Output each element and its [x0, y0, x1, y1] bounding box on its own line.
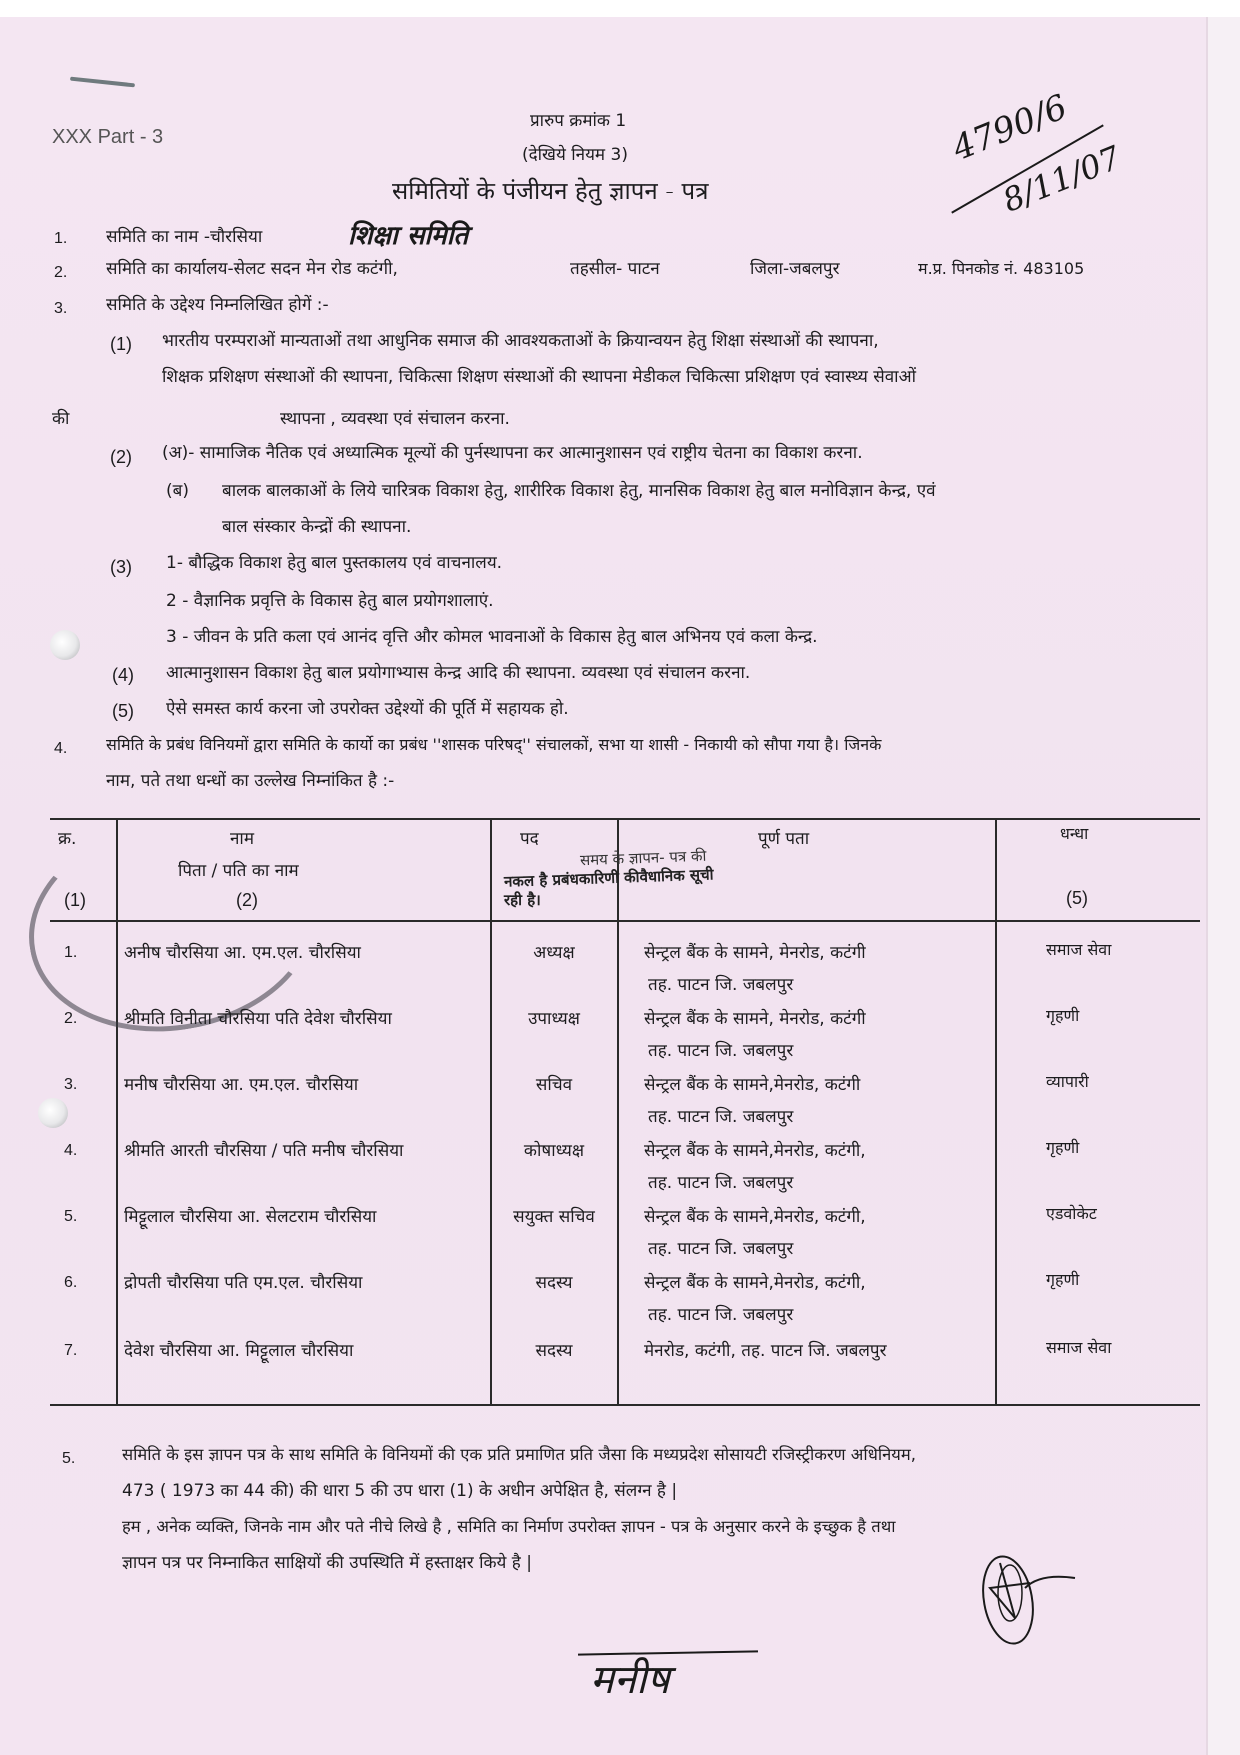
col-occupation-number: (5)	[1066, 888, 1088, 909]
col-serial-header: क्र.	[58, 826, 76, 849]
objective3-number: (3)	[110, 556, 132, 578]
objective2b-line2: बाल संस्कार केन्द्रों की स्थापना.	[222, 516, 411, 538]
society-name-handwritten: शिक्षा समिति	[348, 216, 468, 252]
table-bottom-border	[50, 1404, 1200, 1406]
row-address-line2: तह. पाटन जि. जबलपुर	[648, 1236, 793, 1259]
row-address-line2: तह. पाटन जि. जबलपुर	[648, 1104, 793, 1127]
table-col-divider-2	[490, 818, 492, 1406]
objective1-line1: भारतीय परम्पराओं मान्यताओं तथा आधुनिक सम…	[162, 330, 879, 352]
objective1-ki: की	[52, 408, 69, 430]
row-occupation: एडवोकेट	[1046, 1202, 1097, 1224]
objective1-line3: स्थापना , व्यवस्था एवं संचालन करना.	[280, 408, 510, 430]
row-occupation: समाज सेवा	[1046, 1336, 1111, 1358]
row-address-line1: मेनरोड, कटंगी, तह. पाटन जि. जबलपुर	[644, 1338, 887, 1361]
signature-left: मनीष	[590, 1650, 670, 1705]
objective5: ऐसे समस्त कार्य करना जो उपरोक्त उद्देश्य…	[166, 698, 569, 720]
objective2b-line1: बालक बालकाओं के लिये चारित्रक विकाश हेतु…	[222, 480, 936, 502]
row-address-line1: सेन्ट्रल बैंक के सामने, मेनरोड, कटंगी	[644, 940, 866, 963]
governing-body-line1: समिति के प्रबंध विनियमों द्वारा समिति के…	[106, 734, 881, 756]
item3-number: 3.	[54, 298, 67, 320]
row-address-line2: तह. पाटन जि. जबलपुर	[648, 972, 793, 995]
row-serial: 6.	[64, 1274, 77, 1292]
objective2a: (अ)- सामाजिक नैतिक एवं अध्यात्मिक मूल्यो…	[162, 442, 863, 464]
punch-hole-top	[50, 630, 80, 660]
row-name: श्रीमति विनीता चौरसिया पति देवेश चौरसिया	[124, 1006, 392, 1029]
table-col-divider-4	[995, 818, 997, 1406]
objective4: आत्मानुशासन विकाश हेतु बाल प्रयोगाभ्यास …	[166, 662, 750, 684]
item5-line1: समिति के इस ज्ञापन पत्र के साथ समिति के …	[122, 1444, 916, 1466]
row-post: सचिव	[492, 1072, 616, 1095]
tehsil: तहसील- पाटन	[570, 258, 660, 280]
row-occupation: व्यापारी	[1046, 1070, 1089, 1092]
row-post: अध्यक्ष	[492, 940, 616, 963]
row-post: सदस्य	[492, 1270, 616, 1293]
row-address-line1: सेन्ट्रल बैंक के सामने,मेनरोड, कटंगी	[644, 1072, 860, 1095]
item2-number: 2.	[54, 262, 67, 284]
col-address-header: पूर्ण पता	[758, 826, 809, 849]
objective1-number: (1)	[110, 333, 132, 355]
row-occupation: गृहणी	[1046, 1136, 1079, 1158]
form-number: प्रारुप क्रमांक 1	[530, 110, 626, 132]
row-address-line1: सेन्ट्रल बैंक के सामने,मेनरोड, कटंगी,	[644, 1138, 866, 1161]
row-post: उपाध्यक्ष	[492, 1006, 616, 1029]
district: जिला-जबलपुर	[750, 258, 840, 280]
row-post: सदस्य	[492, 1338, 616, 1361]
objective5-number: (5)	[112, 700, 134, 722]
row-address-line1: सेन्ट्रल बैंक के सामने,मेनरोड, कटंगी,	[644, 1270, 866, 1293]
row-serial: 2.	[64, 1010, 77, 1028]
stamp-overlay-line3: रही है।	[504, 890, 541, 910]
see-rule: (देखिये नियम 3)	[522, 144, 628, 166]
row-address-line2: तह. पाटन जि. जबलपुर	[648, 1038, 793, 1061]
item5-line2: 473 ( 1973 का 44 की) की धारा 5 की उप धार…	[122, 1480, 677, 1502]
objective3-item2: 2 - वैज्ञानिक प्रवृत्ति के विकास हेतु बा…	[166, 590, 494, 612]
objectives-heading: समिति के उद्देश्य निम्नलिखित होगें :-	[106, 294, 329, 316]
row-occupation: समाज सेवा	[1046, 938, 1111, 960]
row-name: अनीष चौरसिया आ. एम.एल. चौरसिया	[124, 940, 361, 963]
office-address: समिति का कार्यालय-सेलट सदन मेन रोड कटंगी…	[106, 258, 398, 280]
row-serial: 3.	[64, 1076, 77, 1094]
row-name: देवेश चौरसिया आ. मिट्टूलाल चौरसिया	[124, 1338, 353, 1361]
item4-number: 4.	[54, 738, 67, 760]
society-name-label: समिति का नाम -चौरसिया	[106, 226, 262, 248]
declaration-line1: हम , अनेक व्यक्ति, जिनके नाम और पते नीचे…	[122, 1516, 896, 1538]
item1-number: 1.	[54, 228, 67, 250]
row-serial: 1.	[64, 944, 77, 962]
page-edge	[1206, 17, 1240, 1755]
page-title: समितियों के पंजीयन हेतु ज्ञापन - पत्र	[392, 174, 708, 207]
item5-number: 5.	[62, 1448, 75, 1470]
table-col-divider-3	[617, 818, 619, 1406]
declaration-line2: ज्ञापन पत्र पर निम्नाकित साक्षियों की उप…	[122, 1552, 532, 1574]
objective1-line2: शिक्षक प्रशिक्षण संस्थाओं की स्थापना, चि…	[162, 366, 916, 388]
row-serial: 4.	[64, 1142, 77, 1160]
row-name: मनीष चौरसिया आ. एम.एल. चौरसिया	[124, 1072, 358, 1095]
pincode: म.प्र. पिनकोड नं. 483105	[918, 258, 1084, 280]
row-address-line2: तह. पाटन जि. जबलपुर	[648, 1302, 793, 1325]
row-name: मिट्टूलाल चौरसिया आ. सेलटराम चौरसिया	[124, 1204, 376, 1227]
part-label: XXX Part - 3	[52, 126, 163, 149]
col-occupation-header: धन्धा	[1060, 822, 1088, 844]
row-address-line1: सेन्ट्रल बैंक के सामने, मेनरोड, कटंगी	[644, 1006, 866, 1029]
table-top-border	[50, 818, 1200, 820]
objective2-number: (2)	[110, 446, 132, 468]
row-serial: 7.	[64, 1342, 77, 1360]
row-address-line2: तह. पाटन जि. जबलपुर	[648, 1170, 793, 1193]
governing-body-line2: नाम, पते तथा धन्धों का उल्लेख निम्नांकित…	[106, 770, 394, 792]
row-name: श्रीमति आरती चौरसिया / पति मनीष चौरसिया	[124, 1138, 403, 1161]
row-occupation: गृहणी	[1046, 1004, 1079, 1026]
row-post: सयुक्त सचिव	[492, 1204, 616, 1227]
objective4-number: (4)	[112, 664, 134, 686]
row-occupation: गृहणी	[1046, 1268, 1079, 1290]
signature-right	[970, 1548, 1080, 1658]
col-post-header: पद	[520, 826, 539, 849]
row-serial: 5.	[64, 1208, 77, 1226]
row-post: कोषाध्यक्ष	[492, 1138, 616, 1161]
row-address-line1: सेन्ट्रल बैंक के सामने,मेनरोड, कटंगी,	[644, 1204, 866, 1227]
objective3-item1: 1- बौद्धिक विकाश हेतु बाल पुस्तकालय एवं …	[166, 552, 502, 574]
row-name: द्रोपती चौरसिया पति एम.एल. चौरसिया	[124, 1270, 362, 1293]
punch-hole-bottom	[38, 1098, 68, 1128]
objective3-item3: 3 - जीवन के प्रति कला एवं आनंद वृत्ति और…	[166, 626, 818, 648]
objective2b-label: (ब)	[166, 480, 189, 502]
